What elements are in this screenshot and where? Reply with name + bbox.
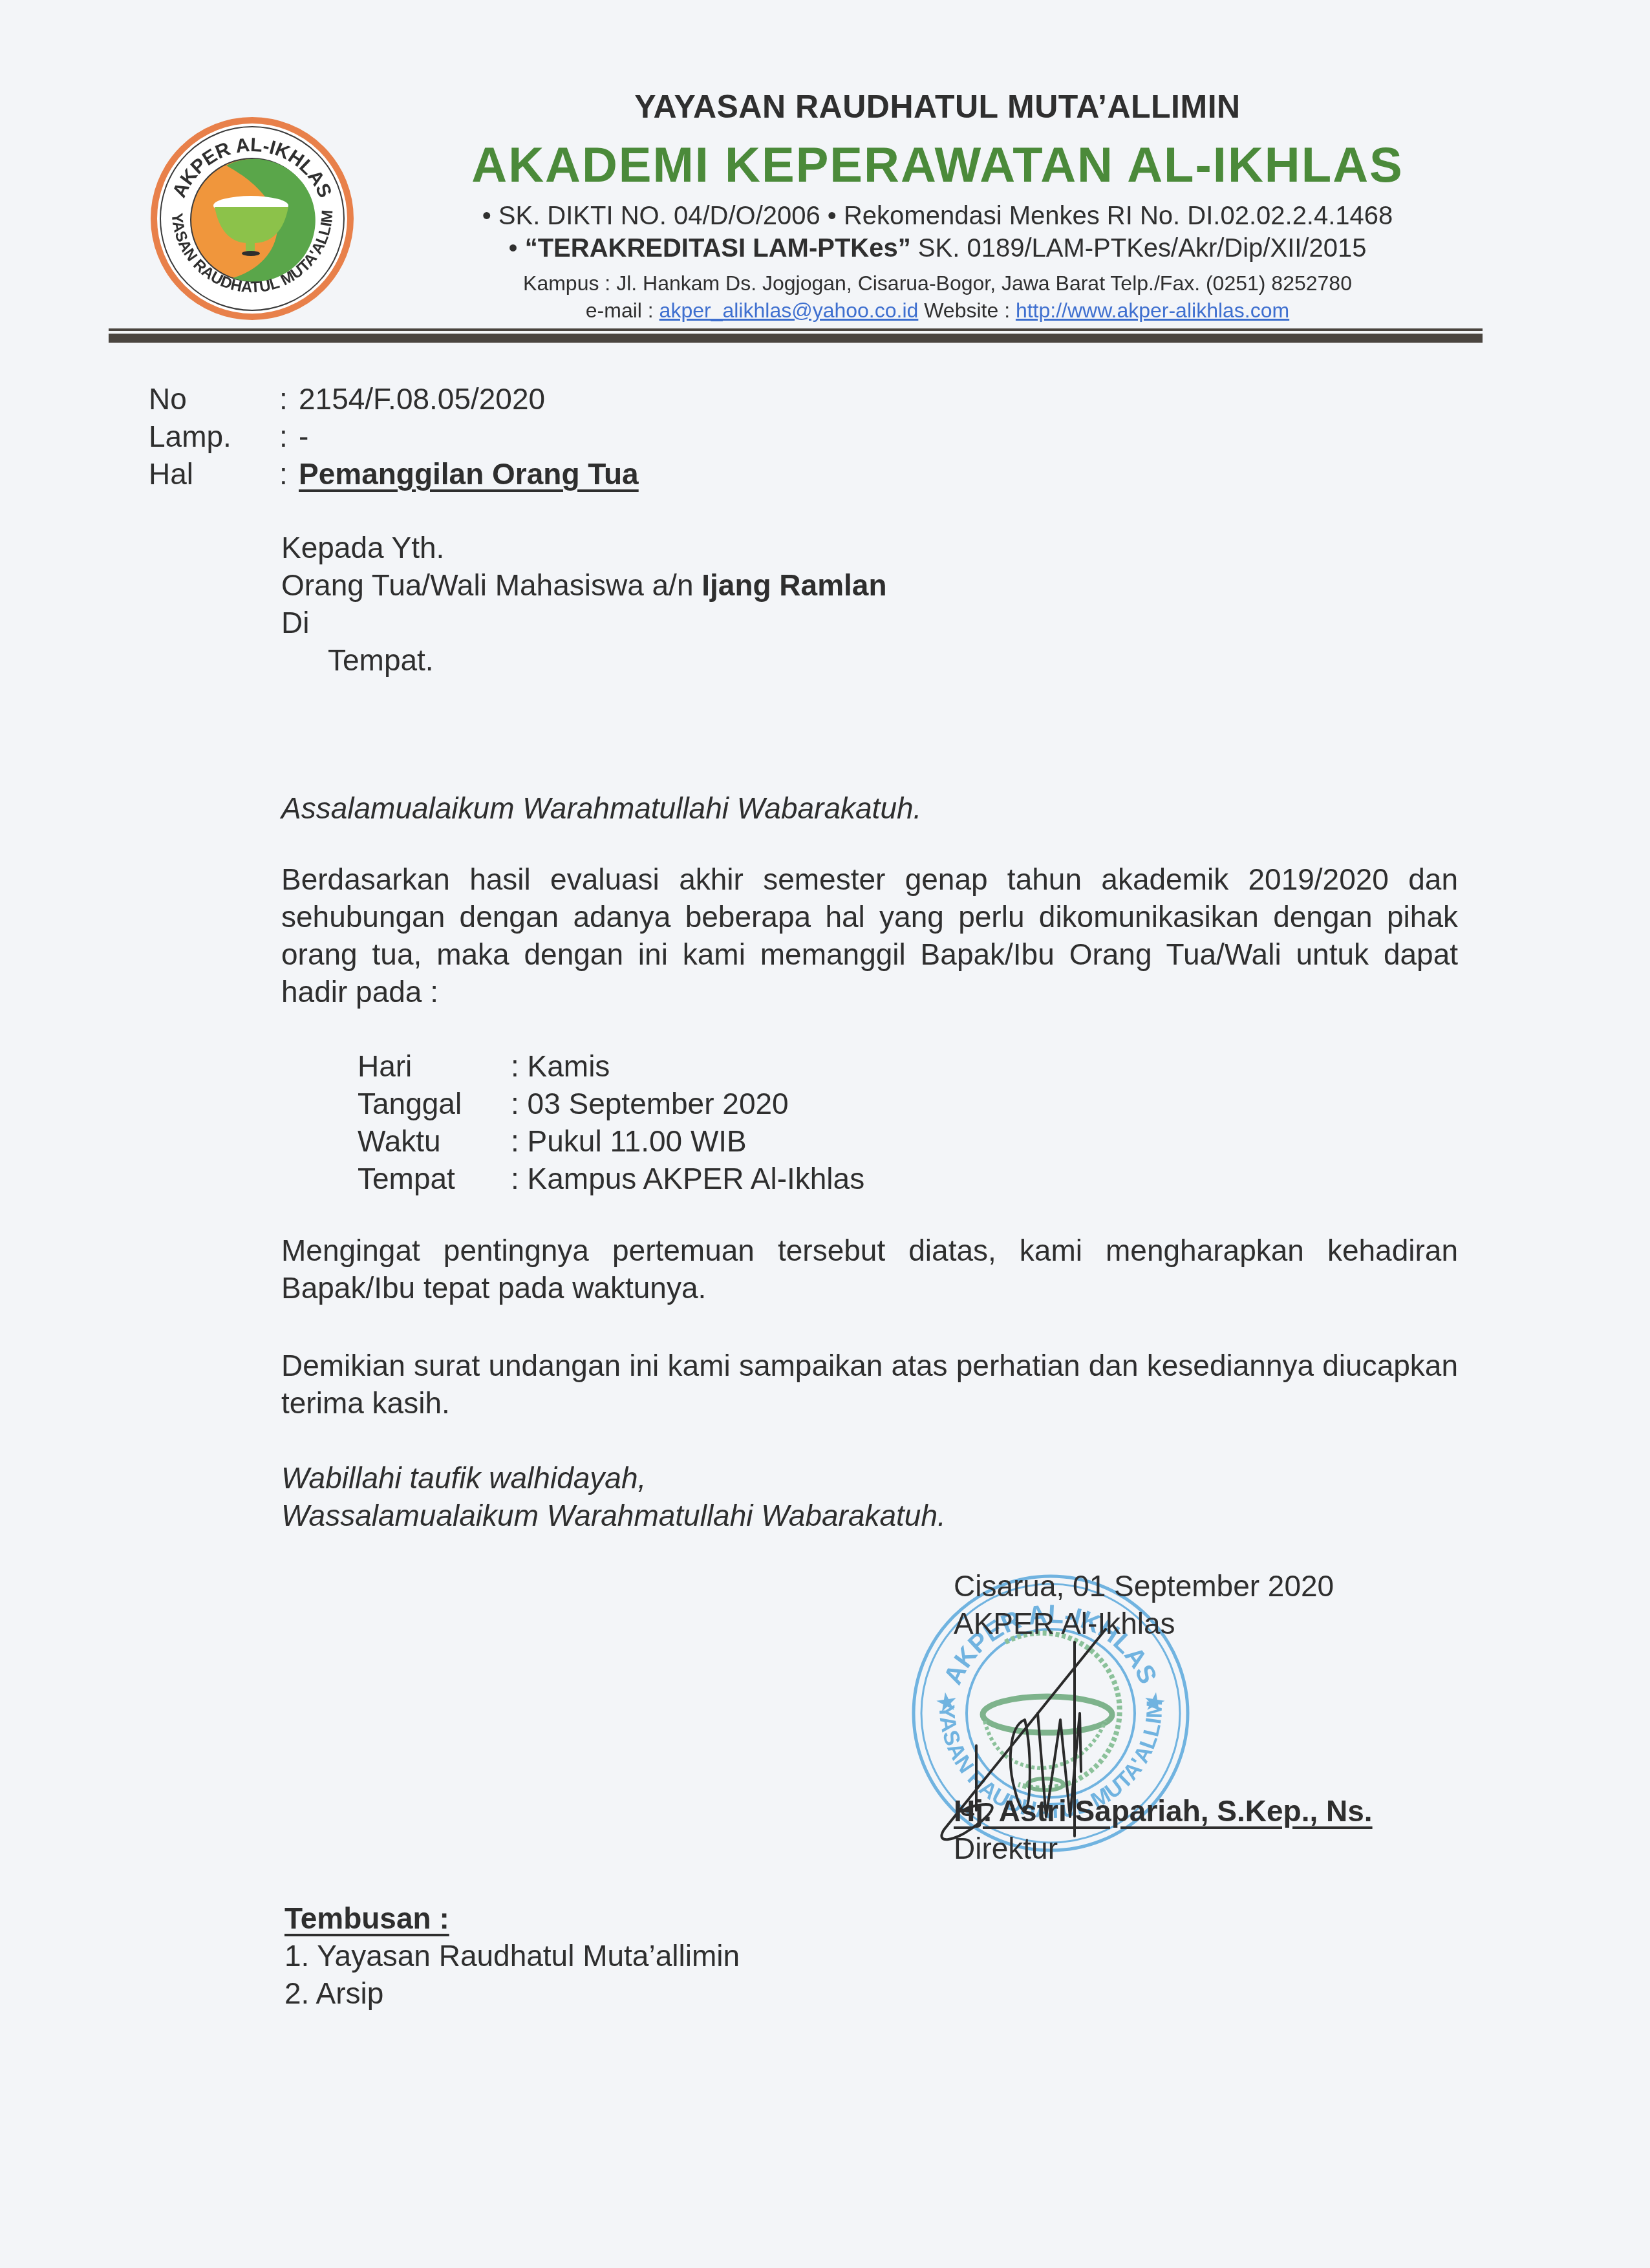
addressee-salutation: Kepada Yth. (281, 529, 887, 566)
closing-line-1: Wabillahi taufik walhidayah, (281, 1459, 1458, 1497)
schedule-value: : Pukul 11.00 WIB (511, 1122, 747, 1160)
carbon-copy-title: Tembusan : (284, 1899, 740, 1937)
signature-space (954, 1642, 1373, 1792)
foundation-name: YAYASAN RAUDHATUL MUTA’ALLIMIN (362, 88, 1513, 125)
reference-colon: : (279, 380, 288, 418)
accreditation-line: • “TERAKREDITASI LAM-PTKes” SK. 0189/LAM… (362, 234, 1513, 263)
accreditation-number: SK. 0189/LAM-PTKes/Akr/Dip/XII/2015 (911, 234, 1367, 262)
schedule-label: Tanggal (358, 1085, 462, 1122)
header-divider-thin (109, 328, 1483, 331)
attendance-paragraph: Mengingat pentingnya pertemuan tersebut … (281, 1232, 1458, 1307)
subject-label: Hal (149, 455, 193, 493)
academy-logo-icon: AKPER AL-IKHLAS YAYASAN RAUDHATUL MUTA'A… (149, 115, 356, 322)
schedule-label: Hari (358, 1047, 412, 1085)
signing-institution: AKPER Al-Ikhlas (954, 1605, 1373, 1642)
academy-name: AKADEMI KEPERAWATAN AL-IKHLAS (362, 137, 1513, 193)
website-label: Website : (918, 299, 1016, 322)
contact-line: e-mail : akper_alikhlas@yahoo.co.id Webs… (362, 299, 1513, 323)
attachment-colon: : (279, 418, 288, 455)
attachment-value: - (299, 418, 308, 455)
carbon-copy-item: 1. Yayasan Raudhatul Muta’allimin (284, 1937, 740, 1974)
closing-line-2: Wassalamualaikum Warahmatullahi Wabaraka… (281, 1497, 1458, 1534)
registration-line: • SK. DIKTI NO. 04/D/O/2006 • Rekomendas… (362, 202, 1513, 231)
campus-address: Kampus : Jl. Hankam Ds. Jogjogan, Cisaru… (362, 272, 1513, 295)
accreditation-status: “TERAKREDITASI LAM-PTKes” (525, 234, 911, 262)
student-name: Ijang Ramlan (702, 568, 886, 602)
reference-label: No (149, 380, 187, 418)
website-link[interactable]: http://www.akper-alikhlas.com (1016, 299, 1289, 322)
signature-block: Cisarua, 01 September 2020 AKPER Al-Ikhl… (954, 1567, 1373, 1867)
carbon-copy-item: 2. Arsip (284, 1974, 740, 2012)
addressee-di: Di (281, 604, 887, 641)
subject-colon: : (279, 455, 288, 493)
recipient-prefix: Orang Tua/Wali Mahasiswa a/n (281, 568, 702, 602)
addressee-place: Tempat. (281, 641, 887, 679)
accreditation-bullet: • (509, 234, 525, 262)
place-and-date: Cisarua, 01 September 2020 (954, 1567, 1373, 1605)
header-divider-thick (109, 334, 1483, 343)
email-link[interactable]: akper_alikhlas@yahoo.co.id (659, 299, 919, 322)
schedule-value: : Kampus AKPER Al-Ikhlas (511, 1160, 864, 1197)
carbon-copy-block: Tembusan : 1. Yayasan Raudhatul Muta’all… (284, 1899, 740, 2012)
closing-paragraph: Demikian surat undangan ini kami sampaik… (281, 1347, 1458, 1422)
addressee-recipient: Orang Tua/Wali Mahasiswa a/n Ijang Ramla… (281, 566, 887, 604)
schedule-label: Waktu (358, 1122, 441, 1160)
addressee-block: Kepada Yth. Orang Tua/Wali Mahasiswa a/n… (281, 529, 887, 679)
attachment-label: Lamp. (149, 418, 231, 455)
closing-greeting: Wabillahi taufik walhidayah, Wassalamual… (281, 1459, 1458, 1534)
email-label: e-mail : (586, 299, 659, 322)
schedule-label: Tempat (358, 1160, 455, 1197)
invitation-paragraph: Berdasarkan hasil evaluasi akhir semeste… (281, 861, 1458, 1011)
subject-value: Pemanggilan Orang Tua (299, 455, 639, 493)
opening-greeting: Assalamualaikum Warahmatullahi Wabarakat… (281, 789, 1458, 827)
signer-title: Direktur (954, 1830, 1373, 1867)
signer-name: Hj. Astri Sapariah, S.Kep., Ns. (954, 1792, 1373, 1830)
reference-number: 2154/F.08.05/2020 (299, 380, 545, 418)
schedule-value: : 03 September 2020 (511, 1085, 789, 1122)
schedule-value: : Kamis (511, 1047, 610, 1085)
